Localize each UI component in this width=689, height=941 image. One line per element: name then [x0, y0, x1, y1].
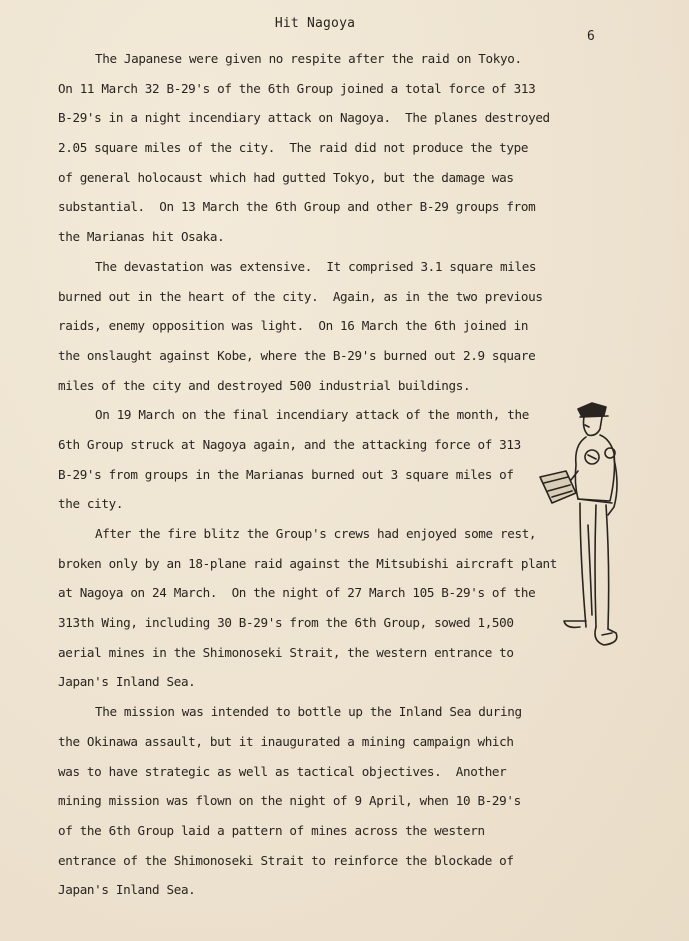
paragraph-line: B-29's from groups in the Marianas burne…: [58, 460, 598, 490]
paragraph-line: the Marianas hit Osaka.: [58, 222, 598, 252]
paragraph-line: was to have strategic as well as tactica…: [58, 757, 598, 787]
paragraph-line: entrance of the Shimonoseki Strait to re…: [58, 846, 598, 876]
paragraph-line: of general holocaust which had gutted To…: [58, 163, 598, 193]
paragraph-line: On 11 March 32 B-29's of the 6th Group j…: [58, 74, 598, 104]
paragraph-line: 2.05 square miles of the city. The raid …: [58, 133, 598, 163]
page-title: Hit Nagoya: [0, 16, 630, 31]
paragraph-line: the city.: [58, 489, 598, 519]
paragraph-line: of the 6th Group laid a pattern of mines…: [58, 816, 598, 846]
paragraph-line: miles of the city and destroyed 500 indu…: [58, 371, 598, 401]
paragraph-line: the onslaught against Kobe, where the B-…: [58, 341, 598, 371]
paragraph-first-line: The mission was intended to bottle up th…: [58, 697, 598, 727]
paragraph-line: broken only by an 18-plane raid against …: [58, 549, 598, 579]
paragraph-line: B-29's in a night incendiary attack on N…: [58, 103, 598, 133]
paragraph-line: at Nagoya on 24 March. On the night of 2…: [58, 578, 598, 608]
paragraph-line: mining mission was flown on the night of…: [58, 786, 598, 816]
officer-illustration-icon: [530, 395, 630, 650]
paragraph-line: 6th Group struck at Nagoya again, and th…: [58, 430, 598, 460]
paragraph-first-line: On 19 March on the final incendiary atta…: [58, 400, 598, 430]
paragraph-line: raids, enemy opposition was light. On 16…: [58, 311, 598, 341]
page-number: 6: [587, 29, 595, 44]
paragraph-line: the Okinawa assault, but it inaugurated …: [58, 727, 598, 757]
paragraph-line: Japan's Inland Sea.: [58, 667, 598, 697]
paragraph-first-line: After the fire blitz the Group's crews h…: [58, 519, 598, 549]
paragraph-line: Japan's Inland Sea.: [58, 875, 598, 905]
paragraph-line: substantial. On 13 March the 6th Group a…: [58, 192, 598, 222]
paragraph-first-line: The devastation was extensive. It compri…: [58, 252, 598, 282]
paragraph-line: aerial mines in the Shimonoseki Strait, …: [58, 638, 598, 668]
body-text: The Japanese were given no respite after…: [58, 44, 598, 905]
paragraph-line: burned out in the heart of the city. Aga…: [58, 282, 598, 312]
paragraph-first-line: The Japanese were given no respite after…: [58, 44, 598, 74]
paragraph-line: 313th Wing, including 30 B-29's from the…: [58, 608, 598, 638]
